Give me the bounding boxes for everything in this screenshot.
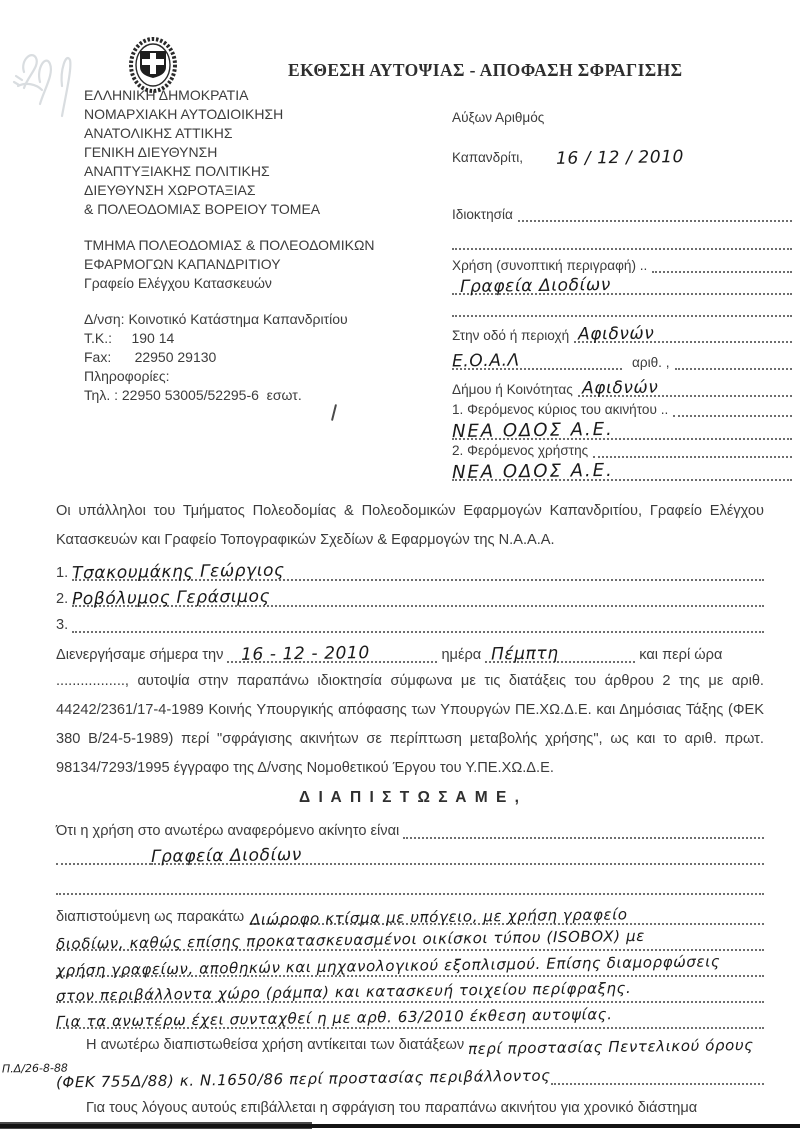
violation-line2-handwritten: (ΦΕΚ 755Δ/88) κ. Ν.1650/86 περί προστασί…: [56, 1067, 551, 1092]
conducted-date-handwritten: 16 - 12 - 2010: [241, 643, 370, 665]
official-number: 3.: [56, 617, 72, 633]
date-handwritten: 16 / 12 / 2010: [556, 147, 684, 169]
conducted-date-line: 16 - 12 - 2010: [227, 641, 437, 663]
user-label: 2. Φερόμενος χρήστης: [452, 443, 593, 458]
official-number: 2.: [56, 591, 72, 607]
agency-line: & ΠΟΛΕΟΔΟΜΙΑΣ ΒΟΡΕΙΟΥ ΤΟΜΕΑ: [84, 200, 449, 219]
conducted-prefix: Διενεργήσαμε σήμερα την: [56, 647, 227, 663]
owner-label: 1. Φερόμενος κύριος του ακινήτου ..: [452, 402, 673, 417]
user-value-line: ΝΕΑ ΟΔΟΣ Α.Ε.: [452, 458, 792, 481]
conducted-mid: ημέρα: [437, 647, 485, 663]
detail-row: χρήση γραφείων, αποθηκών και μηχανολογικ…: [56, 951, 764, 977]
road-dotted-line: Ε.Ο.Α.Λ: [452, 348, 622, 370]
use-value-line: Γραφεία Διοδίων: [452, 273, 792, 295]
detail-dotted-line: Διώροφο κτίσμα με υπόγειο, με χρήση γραφ…: [250, 905, 764, 925]
detail-handwritten: στον περιβάλλοντα χώρο (ράμπα) και κατασ…: [56, 979, 632, 1005]
department-line: Γραφείο Ελέγχου Κατασκευών: [84, 274, 449, 293]
municipality-label: Δήμου ή Κοινότητας: [452, 382, 578, 397]
conducted-row: Διενεργήσαμε σήμερα την 16 - 12 - 2010 η…: [56, 633, 764, 663]
findings-heading: Δ Ι Α Π Ι Σ Τ Ω Σ Α Μ Ε ,: [56, 789, 764, 815]
serial-number-label: Αύξων Αριθμός: [452, 110, 549, 125]
scanned-document-page: ΕΚΘΕΣΗ ΑΥΤΟΨΙΑΣ - ΑΠΟΦΑΣΗ ΣΦΡΑΓΙΣΗΣ ΕΛΛΗ…: [0, 0, 800, 1131]
detail-row: διοδίων, καθώς επίσης προκατασκευασμένοι…: [56, 925, 764, 951]
agency-line: ΑΝΑΠΤΥΞΙΑΚΗΣ ΠΟΛΙΤΙΚΗΣ: [84, 162, 449, 181]
agency-line: ΝΟΜΑΡΧΙΑΚΗ ΑΥΤΟΔΙΟΙΚΗΣΗ: [84, 105, 449, 124]
detail-row: Για τα ανωτέρω έχει συνταχθεί η με αρθ. …: [56, 1003, 764, 1029]
violation-label: Η ανωτέρω διαπιστωθείσα χρήση αντίκειται…: [56, 1037, 464, 1053]
finding-dotted-line: [403, 824, 764, 839]
owner-value-line: ΝΕΑ ΟΔΟΣ Α.Ε.: [452, 417, 792, 440]
finding-label: Ότι η χρήση στο ανωτέρω αναφερόμενο ακίν…: [56, 823, 403, 839]
phone-line: Τηλ. : 22950 53005/52295-6 εσωτ.: [84, 386, 449, 405]
finding-indent-dots: [56, 850, 151, 865]
owner-value-handwritten: ΝΕΑ ΟΔΟΣ Α.Ε.: [452, 419, 614, 442]
use-value-handwritten: Γραφεία Διοδίων: [460, 275, 611, 297]
agency-line: ΓΕΝΙΚΗ ΔΙΕΥΘΥΝΣΗ: [84, 143, 449, 162]
owner-dotted-line: [673, 402, 792, 417]
finding-row: Ότι η χρήση στο ανωτέρω αναφερόμενο ακίν…: [56, 815, 764, 839]
official-name-handwritten: Τσακουμάκης Γεώργιος: [72, 561, 285, 584]
department-line: ΕΦΑΡΜΟΓΩΝ ΚΑΠΑΝΔΡΙΤΙΟΥ: [84, 255, 449, 274]
road-value-handwritten: Ε.Ο.Α.Λ: [452, 351, 520, 372]
agency-line: ΕΛΛΗΝΙΚΗ ΔΗΜΟΚΡΑΤΙΑ: [84, 86, 449, 105]
agency-line: ΑΝΑΤΟΛΙΚΗΣ ΑΤΤΙΚΗΣ: [84, 124, 449, 143]
detail-handwritten: Για τα ανωτέρω έχει συνταχθεί η με αρθ. …: [56, 1005, 613, 1031]
use-dotted-line: [652, 258, 792, 273]
official-dotted-line: [72, 615, 764, 633]
user-value-handwritten: ΝΕΑ ΟΔΟΣ Α.Ε.: [452, 460, 614, 483]
official-row: 3.: [56, 607, 764, 633]
official-number: 1.: [56, 565, 72, 581]
detail-label: διαπιστούμενη ως παρακάτω: [56, 909, 250, 925]
conducted-day-handwritten: Πέμπτη: [491, 644, 559, 665]
street-value-handwritten: Αφιδνών: [578, 323, 655, 344]
agency-line: ΔΙΕΥΘΥΝΣΗ ΧΩΡΟΤΑΞΙΑΣ: [84, 181, 449, 200]
violation-row: Η ανωτέρω διαπιστωθείσα χρήση αντίκειται…: [56, 1035, 764, 1059]
postal-code-line: Τ.Κ.: 190 14: [84, 329, 449, 348]
document-body: Οι υπάλληλοι του Τμήματος Πολεοδομίας & …: [56, 497, 764, 1123]
detail-row: διαπιστούμενη ως παρακάτω Διώροφο κτίσμα…: [56, 897, 764, 925]
address-line: Δ/νση: Κοινοτικό Κατάστημα Καπανδριτίου: [84, 310, 449, 329]
user-dotted-line: [593, 443, 792, 458]
street-dotted-line: Αφιδνών: [574, 321, 792, 343]
intro-paragraph: Οι υπάλληλοι του Τμήματος Πολεοδομίας & …: [56, 497, 764, 555]
empty-dotted-line: [452, 301, 792, 317]
fax-line: Fax: 22950 29130: [84, 348, 449, 367]
scan-edge-bar: [0, 1124, 800, 1128]
official-dotted-line: Ροβόλυμος Γεράσιμος: [72, 585, 764, 607]
finding-value-row: Γραφεία Διοδίων: [56, 839, 764, 865]
street-number-label: αριθ. ,: [622, 355, 675, 370]
legal-paragraph: ................., αυτοψία στην παραπάνω…: [56, 667, 764, 783]
agency-block: ΕΛΛΗΝΙΚΗ ΔΗΜΟΚΡΑΤΙΑ ΝΟΜΑΡΧΙΑΚΗ ΑΥΤΟΔΙΟΙΚ…: [84, 86, 449, 405]
form-fields-block: Αύξων Αριθμός Καπανδρίτι, 16 / 12 / 2010…: [452, 110, 792, 486]
ownership-dotted-line: [518, 207, 792, 222]
municipality-dotted-line: Αφιδνών: [578, 375, 792, 397]
municipality-value-handwritten: Αφιδνών: [582, 377, 659, 398]
place-label: Καπανδρίτι,: [452, 150, 528, 165]
empty-dotted-line: [56, 875, 764, 895]
violation-dotted-line: [551, 1070, 764, 1085]
detail-handwritten: διοδίων, καθώς επίσης προκατασκευασμένοι…: [56, 927, 645, 953]
official-name-handwritten: Ροβόλυμος Γεράσιμος: [72, 587, 270, 610]
street-label: Στην οδό ή περιοχή: [452, 328, 574, 343]
detail-row: στον περιβάλλοντα χώρο (ράμπα) και κατασ…: [56, 977, 764, 1003]
official-row: 1. Τσακουμάκης Γεώργιος: [56, 555, 764, 581]
info-label: Πληροφορίες:: [84, 367, 449, 386]
finding-value-handwritten: Γραφεία Διοδίων: [151, 845, 302, 867]
use-label: Χρήση (συνοπτική περιγραφή) ..: [452, 258, 652, 273]
detail-handwritten: χρήση γραφείων, αποθηκών και μηχανολογικ…: [56, 952, 720, 979]
ownership-label: Ιδιοκτησία: [452, 207, 518, 222]
department-line: ΤΜΗΜΑ ΠΟΛΕΟΔΟΜΙΑΣ & ΠΟΛΕΟΔΟΜΙΚΩΝ: [84, 236, 449, 255]
official-row: 2. Ροβόλυμος Γεράσιμος: [56, 581, 764, 607]
pen-stroke-mark: [331, 404, 337, 421]
closing-paragraph: Για τους λόγους αυτούς επιβάλλεται η σφρ…: [56, 1093, 764, 1123]
violation-second-row: Π.Δ/26-8-88 (ΦΕΚ 755Δ/88) κ. Ν.1650/86 π…: [56, 1059, 764, 1085]
empty-dotted-line: [452, 234, 792, 250]
finding-value-line: Γραφεία Διοδίων: [151, 843, 764, 865]
street-number-dotted-line: [675, 355, 792, 370]
page-title: ΕΚΘΕΣΗ ΑΥΤΟΨΙΑΣ - ΑΠΟΦΑΣΗ ΣΦΡΑΓΙΣΗΣ: [288, 60, 758, 81]
conducted-suffix: και περί ώρα: [635, 647, 722, 663]
violation-value-handwritten: περί προστασίας Πεντελικού όρους: [468, 1036, 754, 1058]
official-dotted-line: Τσακουμάκης Γεώργιος: [72, 559, 764, 581]
conducted-day-line: Πέμπτη: [485, 641, 635, 663]
